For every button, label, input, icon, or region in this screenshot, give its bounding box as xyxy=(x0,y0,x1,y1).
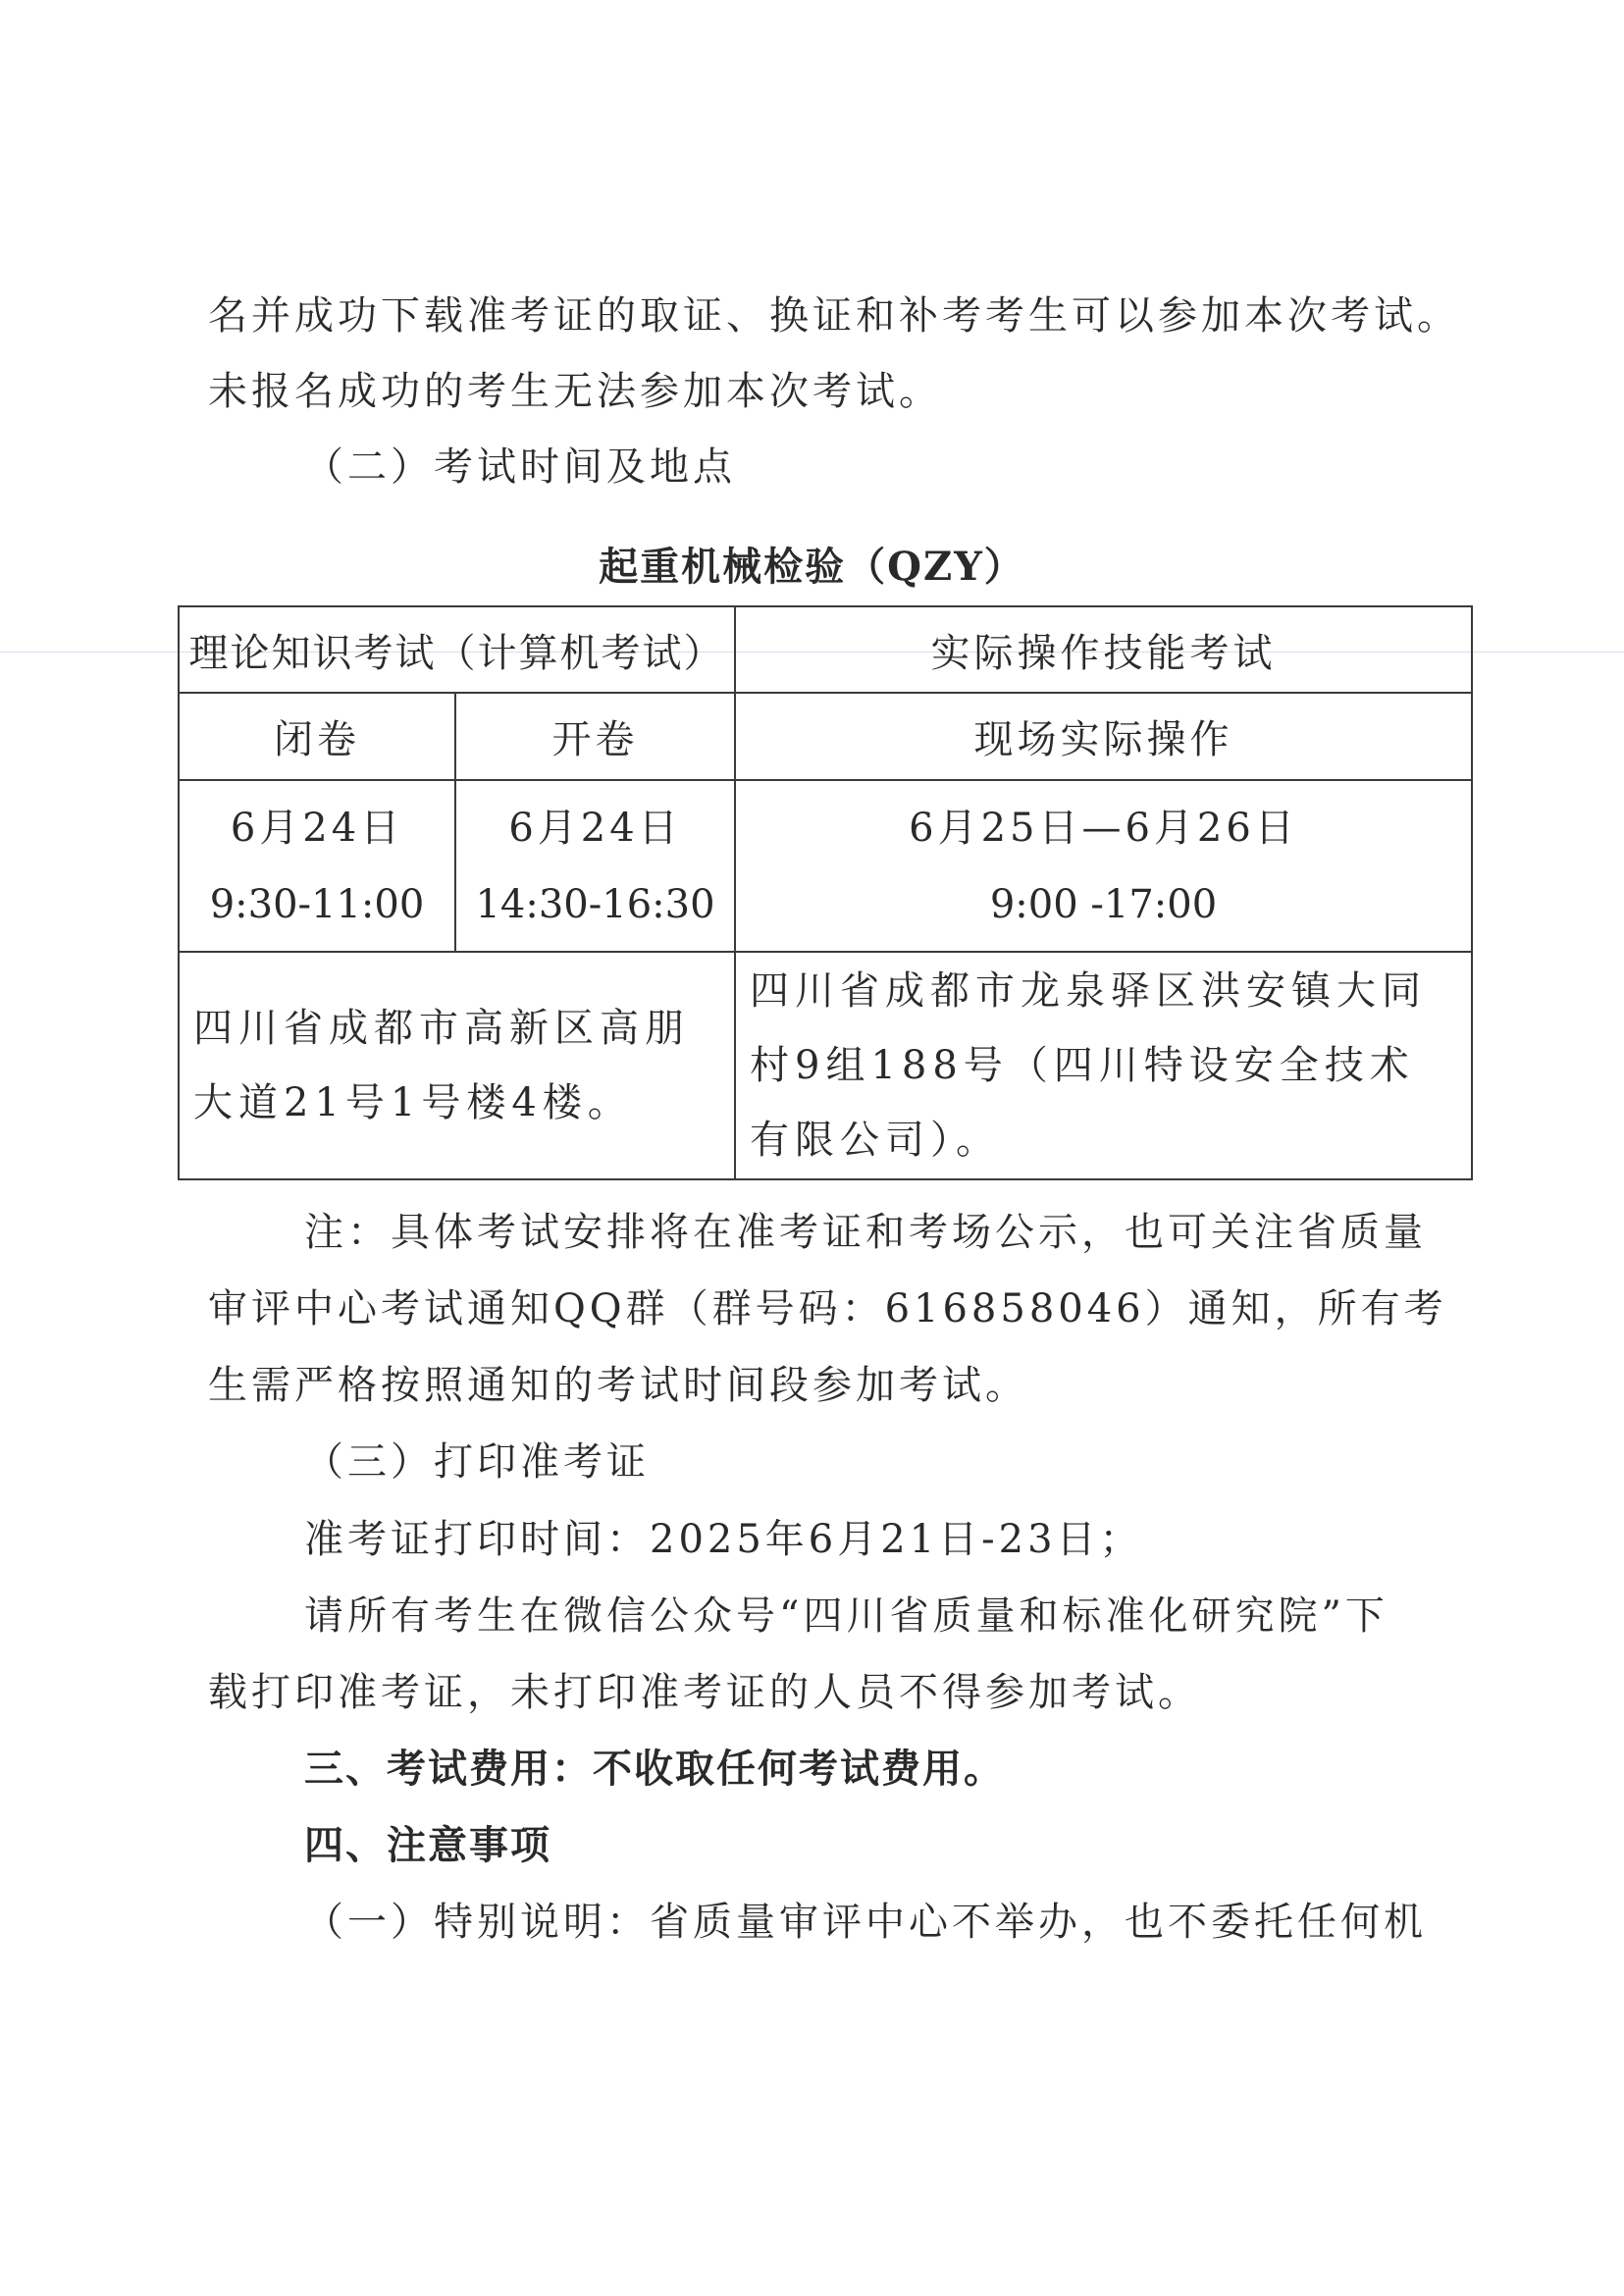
table-header-row: 理论知识考试（计算机考试） 实际操作技能考试 xyxy=(179,606,1472,693)
print-instruction: 请所有考生在微信公众号“四川省质量和标准化研究院”下 xyxy=(304,1592,1388,1640)
note-line: 审评中心考试通知QQ群（群号码：616858046）通知，所有考 xyxy=(208,1285,1447,1332)
practical-time: 9:00 -17:00 xyxy=(736,866,1471,943)
table-location-row: 四川省成都市高新区高朋大道21号1号楼4楼。 四川省成都市龙泉驿区洪安镇大同村9… xyxy=(179,952,1472,1179)
notice-line: （一）特别说明：省质量审评中心不举办，也不委托任何机 xyxy=(304,1899,1427,1946)
open-book-time: 14:30-16:30 xyxy=(456,866,734,943)
print-time: 准考证打印时间：2025年6月21日-23日； xyxy=(304,1516,1143,1563)
open-book-date: 6月24日 xyxy=(456,790,734,866)
print-instruction: 载打印准考证，未打印准考证的人员不得参加考试。 xyxy=(208,1669,1201,1716)
practical-date: 6月25日—6月26日 xyxy=(736,790,1471,866)
paragraph-line: 未报名成功的考生无法参加本次考试。 xyxy=(208,368,942,415)
fees-heading: 三、考试费用：不收取任何考试费用。 xyxy=(304,1746,1005,1793)
subheader-closed-book: 闭卷 xyxy=(179,693,455,780)
note-line: 注：具体考试安排将在准考证和考场公示，也可关注省质量 xyxy=(304,1209,1427,1256)
notices-heading: 四、注意事项 xyxy=(304,1822,551,1869)
table-subheader-row: 闭卷 开卷 现场实际操作 xyxy=(179,693,1472,780)
practical-time-cell: 6月25日—6月26日 9:00 -17:00 xyxy=(735,780,1472,952)
paragraph-line: 名并成功下载准考证的取证、换证和补考考生可以参加本次考试。 xyxy=(208,292,1460,339)
subheader-open-book: 开卷 xyxy=(455,693,735,780)
closed-book-time: 9:30-11:00 xyxy=(180,866,454,943)
header-practical-exam: 实际操作技能考试 xyxy=(735,606,1472,693)
header-theory-exam: 理论知识考试（计算机考试） xyxy=(179,606,735,693)
table-title: 起重机械检验（QZY） xyxy=(0,544,1624,591)
section-heading: （三）打印准考证 xyxy=(304,1438,650,1486)
practical-location: 四川省成都市龙泉驿区洪安镇大同村9组188号（四川特设安全技术有限公司）。 xyxy=(735,952,1472,1179)
note-line: 生需严格按照通知的考试时间段参加考试。 xyxy=(208,1362,1028,1409)
subheader-onsite: 现场实际操作 xyxy=(735,693,1472,780)
table-time-row: 6月24日 9:30-11:00 6月24日 14:30-16:30 6月25日… xyxy=(179,780,1472,952)
section-heading: （二）考试时间及地点 xyxy=(304,444,736,491)
open-book-time-cell: 6月24日 14:30-16:30 xyxy=(455,780,735,952)
exam-schedule-table: 理论知识考试（计算机考试） 实际操作技能考试 闭卷 开卷 现场实际操作 6月24… xyxy=(178,605,1473,1180)
theory-location: 四川省成都市高新区高朋大道21号1号楼4楼。 xyxy=(179,952,735,1179)
closed-book-time-cell: 6月24日 9:30-11:00 xyxy=(179,780,455,952)
closed-book-date: 6月24日 xyxy=(180,790,454,866)
